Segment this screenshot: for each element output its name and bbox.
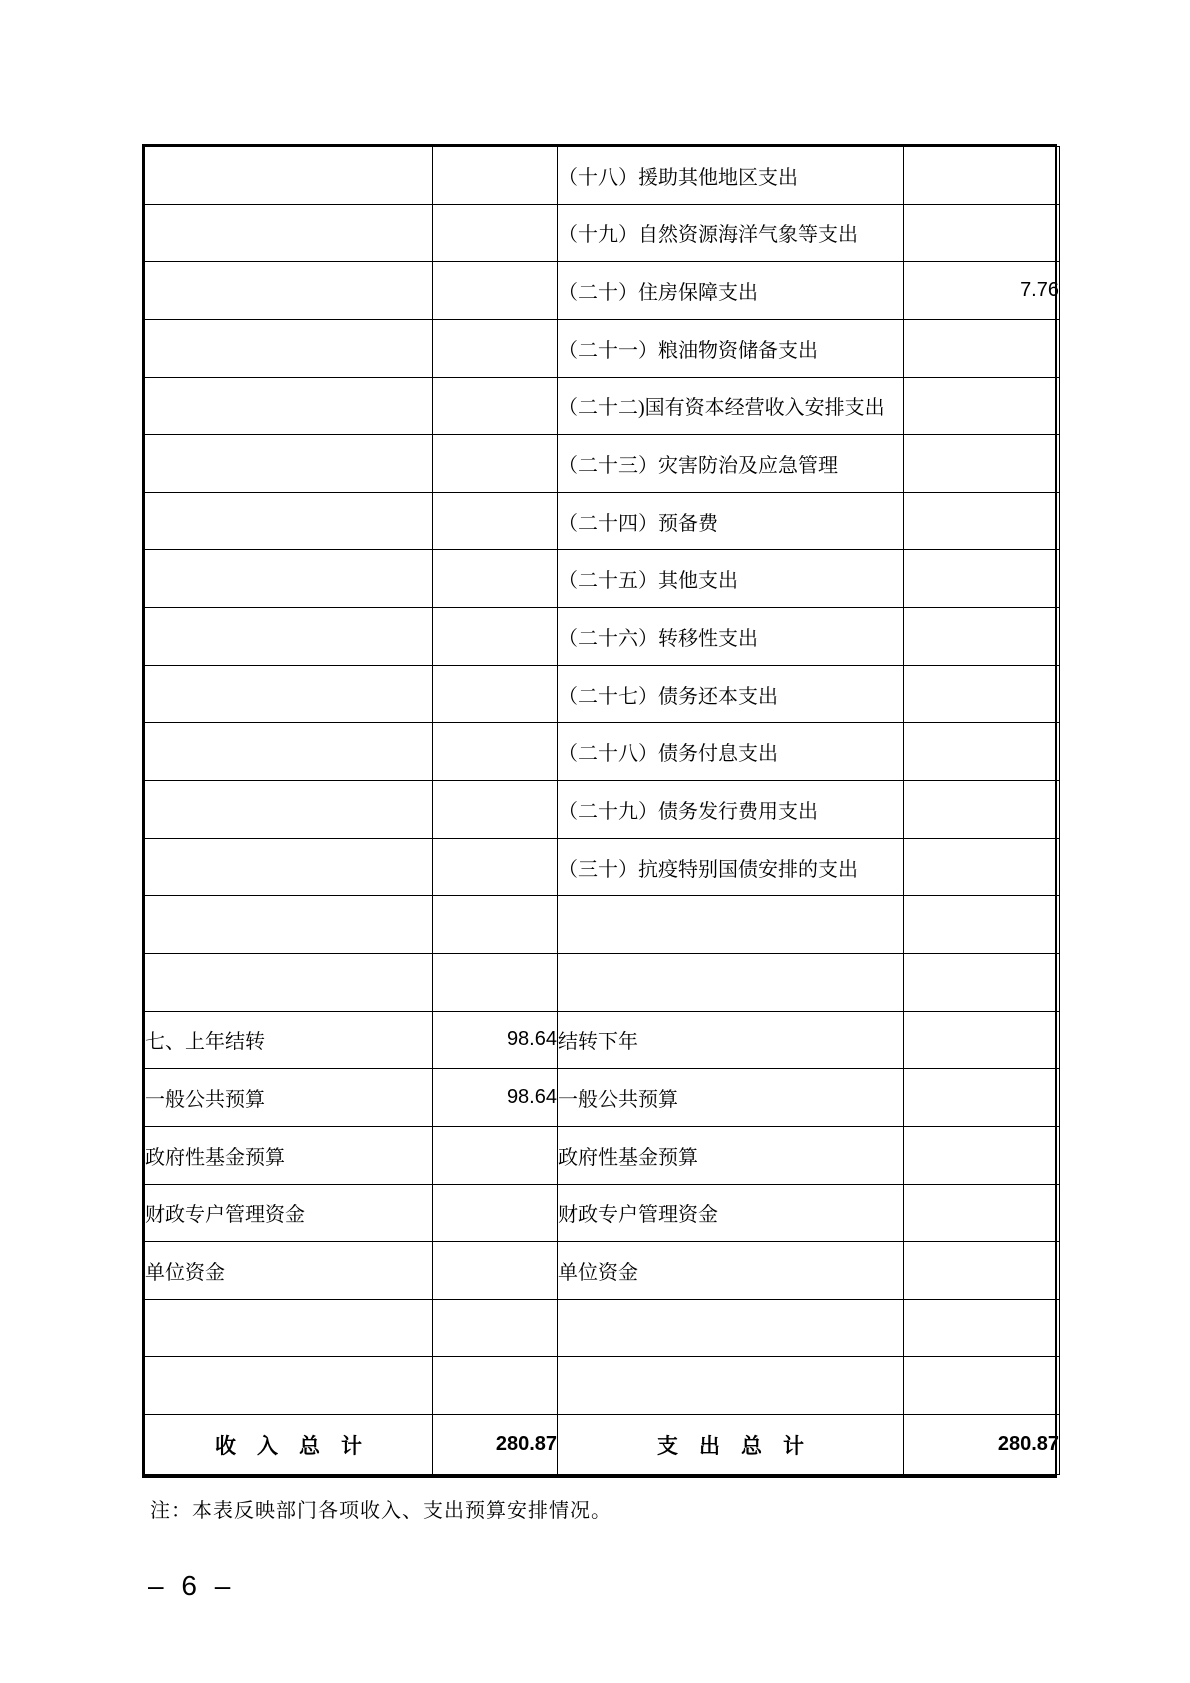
table-row bbox=[145, 1299, 1060, 1357]
income-item-cell: 政府性基金预算 bbox=[145, 1126, 433, 1184]
table-row: （二十九）债务发行费用支出 bbox=[145, 781, 1060, 839]
income-amount-cell bbox=[433, 147, 558, 205]
expense-item-cell bbox=[558, 896, 904, 954]
income-amount-cell bbox=[433, 1357, 558, 1415]
expense-amount-cell bbox=[904, 1299, 1060, 1357]
document-page: （十八）援助其他地区支出（十九）自然资源海洋气象等支出（二十）住房保障支出7.7… bbox=[0, 0, 1190, 1683]
income-item-cell: 财政专户管理资金 bbox=[145, 1184, 433, 1242]
expense-item-cell bbox=[558, 1357, 904, 1415]
table-row bbox=[145, 1357, 1060, 1415]
income-item-cell bbox=[145, 435, 433, 493]
expense-amount-cell bbox=[904, 1069, 1060, 1127]
expense-amount-cell bbox=[904, 953, 1060, 1011]
expense-item-cell bbox=[558, 1299, 904, 1357]
expense-total-label: 支 出 总 计 bbox=[558, 1415, 904, 1475]
income-item-cell bbox=[145, 838, 433, 896]
income-amount-cell bbox=[433, 550, 558, 608]
total-row: 收 入 总 计 280.87 支 出 总 计 280.87 bbox=[145, 1415, 1060, 1475]
table-row: （二十二)国有资本经营收入安排支出 bbox=[145, 377, 1060, 435]
table-footnote: 注：本表反映部门各项收入、支出预算安排情况。 bbox=[150, 1494, 612, 1523]
expense-amount-cell bbox=[904, 435, 1060, 493]
expense-item-cell: （二十三）灾害防治及应急管理 bbox=[558, 435, 904, 493]
table-row: 政府性基金预算政府性基金预算 bbox=[145, 1126, 1060, 1184]
expense-item-cell: 一般公共预算 bbox=[558, 1069, 904, 1127]
table-row: 单位资金单位资金 bbox=[145, 1242, 1060, 1300]
expense-item-cell: （二十五）其他支出 bbox=[558, 550, 904, 608]
income-amount-cell bbox=[433, 435, 558, 493]
expense-amount-cell bbox=[904, 1011, 1060, 1069]
income-total-label: 收 入 总 计 bbox=[145, 1415, 433, 1475]
income-amount-cell bbox=[433, 608, 558, 666]
expense-item-cell: 单位资金 bbox=[558, 1242, 904, 1300]
income-item-cell bbox=[145, 1299, 433, 1357]
table-row: （十九）自然资源海洋气象等支出 bbox=[145, 204, 1060, 262]
income-amount-cell bbox=[433, 1184, 558, 1242]
income-item-cell bbox=[145, 665, 433, 723]
table-row: 七、上年结转98.64结转下年 bbox=[145, 1011, 1060, 1069]
budget-table-container: （十八）援助其他地区支出（十九）自然资源海洋气象等支出（二十）住房保障支出7.7… bbox=[142, 144, 1057, 1478]
table-row: （二十）住房保障支出7.76 bbox=[145, 262, 1060, 320]
expense-item-cell bbox=[558, 953, 904, 1011]
income-item-cell: 七、上年结转 bbox=[145, 1011, 433, 1069]
expense-amount-cell bbox=[904, 781, 1060, 839]
expense-amount-cell bbox=[904, 492, 1060, 550]
expense-amount-cell bbox=[904, 896, 1060, 954]
income-amount-cell bbox=[433, 492, 558, 550]
income-amount-cell bbox=[433, 781, 558, 839]
page-number: – 6 – bbox=[148, 1570, 230, 1602]
expense-amount-cell bbox=[904, 204, 1060, 262]
expense-amount-cell bbox=[904, 377, 1060, 435]
income-item-cell bbox=[145, 896, 433, 954]
expense-amount-cell bbox=[904, 838, 1060, 896]
income-amount-cell bbox=[433, 204, 558, 262]
income-amount-cell bbox=[433, 896, 558, 954]
income-item-cell bbox=[145, 953, 433, 1011]
expense-amount-cell bbox=[904, 723, 1060, 781]
expense-amount-cell bbox=[904, 147, 1060, 205]
expense-item-cell: （二十四）预备费 bbox=[558, 492, 904, 550]
income-item-cell bbox=[145, 781, 433, 839]
budget-table: （十八）援助其他地区支出（十九）自然资源海洋气象等支出（二十）住房保障支出7.7… bbox=[144, 146, 1060, 1475]
expense-amount-cell bbox=[904, 1242, 1060, 1300]
income-amount-cell bbox=[433, 1299, 558, 1357]
expense-item-cell: 结转下年 bbox=[558, 1011, 904, 1069]
table-row: （二十八）债务付息支出 bbox=[145, 723, 1060, 781]
expense-item-cell: （二十二)国有资本经营收入安排支出 bbox=[558, 377, 904, 435]
expense-item-cell: （十八）援助其他地区支出 bbox=[558, 147, 904, 205]
table-row: （二十三）灾害防治及应急管理 bbox=[145, 435, 1060, 493]
table-row: 一般公共预算98.64一般公共预算 bbox=[145, 1069, 1060, 1127]
income-item-cell: 单位资金 bbox=[145, 1242, 433, 1300]
income-item-cell bbox=[145, 492, 433, 550]
expense-item-cell: （二十六）转移性支出 bbox=[558, 608, 904, 666]
expense-amount-cell bbox=[904, 1184, 1060, 1242]
table-row: （二十五）其他支出 bbox=[145, 550, 1060, 608]
expense-item-cell: （十九）自然资源海洋气象等支出 bbox=[558, 204, 904, 262]
table-row bbox=[145, 953, 1060, 1011]
income-item-cell bbox=[145, 377, 433, 435]
expense-amount-cell bbox=[904, 608, 1060, 666]
income-total-amount: 280.87 bbox=[433, 1415, 558, 1475]
income-item-cell bbox=[145, 1357, 433, 1415]
income-item-cell bbox=[145, 319, 433, 377]
income-item-cell: 一般公共预算 bbox=[145, 1069, 433, 1127]
income-item-cell bbox=[145, 262, 433, 320]
income-amount-cell bbox=[433, 319, 558, 377]
table-row: 财政专户管理资金财政专户管理资金 bbox=[145, 1184, 1060, 1242]
expense-amount-cell: 7.76 bbox=[904, 262, 1060, 320]
expense-item-cell: （二十一）粮油物资储备支出 bbox=[558, 319, 904, 377]
table-row: （二十一）粮油物资储备支出 bbox=[145, 319, 1060, 377]
income-item-cell bbox=[145, 204, 433, 262]
table-row: （二十七）债务还本支出 bbox=[145, 665, 1060, 723]
expense-amount-cell bbox=[904, 1126, 1060, 1184]
income-item-cell bbox=[145, 608, 433, 666]
income-amount-cell bbox=[433, 262, 558, 320]
expense-item-cell: （二十九）债务发行费用支出 bbox=[558, 781, 904, 839]
table-row: （十八）援助其他地区支出 bbox=[145, 147, 1060, 205]
table-row bbox=[145, 896, 1060, 954]
expense-amount-cell bbox=[904, 550, 1060, 608]
income-amount-cell bbox=[433, 377, 558, 435]
income-amount-cell bbox=[433, 1242, 558, 1300]
expense-amount-cell bbox=[904, 665, 1060, 723]
income-amount-cell: 98.64 bbox=[433, 1011, 558, 1069]
income-amount-cell bbox=[433, 1126, 558, 1184]
expense-item-cell: （二十八）债务付息支出 bbox=[558, 723, 904, 781]
income-amount-cell bbox=[433, 838, 558, 896]
table-row: （二十四）预备费 bbox=[145, 492, 1060, 550]
expense-total-amount: 280.87 bbox=[904, 1415, 1060, 1475]
income-amount-cell bbox=[433, 665, 558, 723]
expense-item-cell: （三十）抗疫特别国债安排的支出 bbox=[558, 838, 904, 896]
income-item-cell bbox=[145, 550, 433, 608]
income-amount-cell bbox=[433, 723, 558, 781]
income-amount-cell: 98.64 bbox=[433, 1069, 558, 1127]
table-row: （二十六）转移性支出 bbox=[145, 608, 1060, 666]
income-item-cell bbox=[145, 147, 433, 205]
expense-amount-cell bbox=[904, 1357, 1060, 1415]
income-amount-cell bbox=[433, 953, 558, 1011]
expense-item-cell: （二十）住房保障支出 bbox=[558, 262, 904, 320]
expense-item-cell: （二十七）债务还本支出 bbox=[558, 665, 904, 723]
expense-item-cell: 政府性基金预算 bbox=[558, 1126, 904, 1184]
table-row: （三十）抗疫特别国债安排的支出 bbox=[145, 838, 1060, 896]
income-item-cell bbox=[145, 723, 433, 781]
expense-item-cell: 财政专户管理资金 bbox=[558, 1184, 904, 1242]
expense-amount-cell bbox=[904, 319, 1060, 377]
